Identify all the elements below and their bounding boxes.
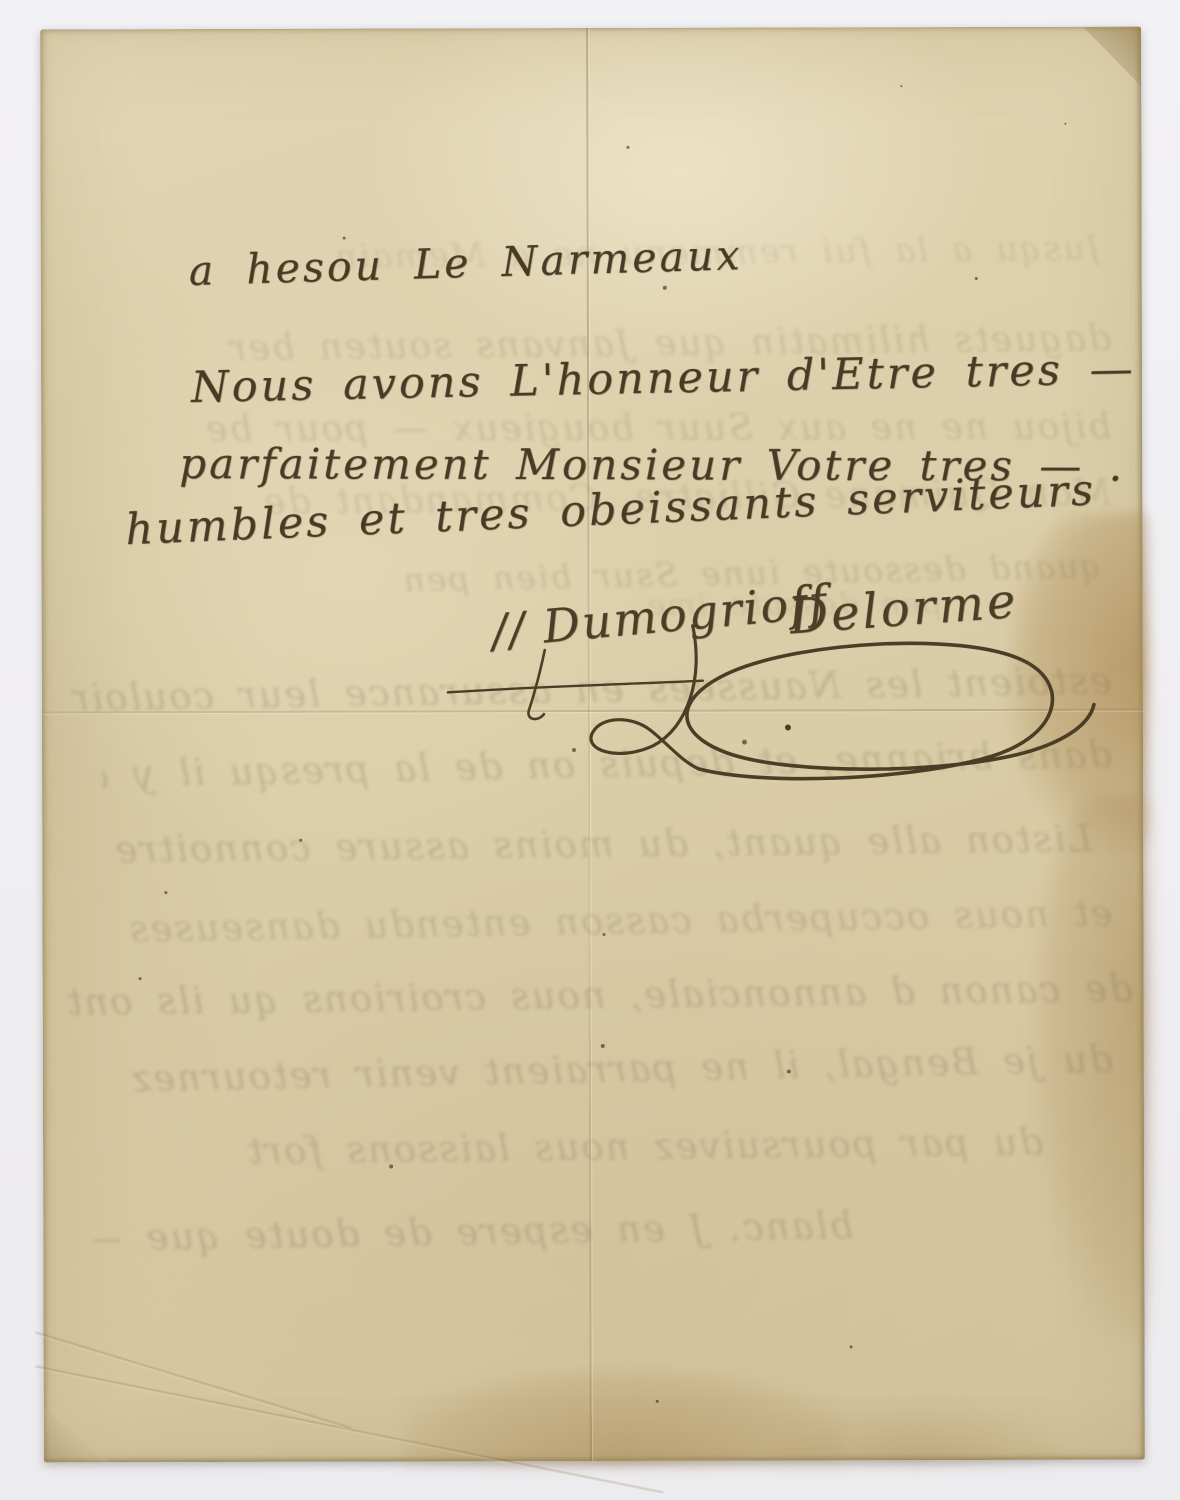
bleedthrough-line: du par poursuivez nous laissons fort — [83, 1121, 1043, 1175]
ink-speck — [975, 277, 978, 280]
bleedthrough-text-layer: Jusqu a la fui remmenu ne a Memaindaguet… — [40, 27, 1141, 30]
bleedthrough-line: de canon d annonciale, nous croirions qu… — [62, 967, 1132, 1024]
bleedthrough-line: et nous occuperba casson entendu danseus… — [82, 891, 1113, 951]
ink-speck — [343, 237, 346, 240]
ink-speck — [602, 933, 605, 936]
signature-flourish-paraph — [422, 587, 1143, 829]
ink-speck — [299, 839, 302, 842]
scanned-letter: Jusqu a la fui remmenu ne a Memaindaguet… — [0, 0, 1180, 1500]
water-stain-bottom-right — [765, 1404, 1065, 1465]
letter-page: Jusqu a la fui remmenu ne a Memaindaguet… — [40, 27, 1145, 1463]
ink-speck — [663, 286, 667, 290]
ink-speck — [1064, 123, 1066, 125]
bleedthrough-line: blanc. J en espere de doute que — — [93, 1204, 854, 1260]
ink-speck — [656, 1400, 659, 1403]
signature-block: ∕∕ Dumogrioff Delorme — [422, 587, 1143, 829]
corner-fold-top-right — [1083, 27, 1141, 87]
ink-speck — [139, 977, 142, 980]
ink-speck — [601, 1044, 605, 1048]
ink-speck — [900, 85, 902, 87]
ink-speck — [850, 1345, 853, 1348]
ink-speck — [164, 891, 167, 894]
diagonal-crease-2 — [35, 1365, 663, 1493]
diagonal-crease-1 — [35, 1332, 351, 1430]
ink-speck — [787, 1069, 791, 1073]
handwriting-layer: a hesou Le NarmeauxNous avons L'honneur … — [40, 27, 1141, 30]
ink-speck — [389, 1165, 393, 1169]
water-stain-bottom — [404, 1368, 844, 1465]
ink-speck — [626, 146, 629, 149]
ink-speck-layer — [40, 27, 1141, 30]
corner-fold-bottom-left — [44, 1408, 110, 1462]
